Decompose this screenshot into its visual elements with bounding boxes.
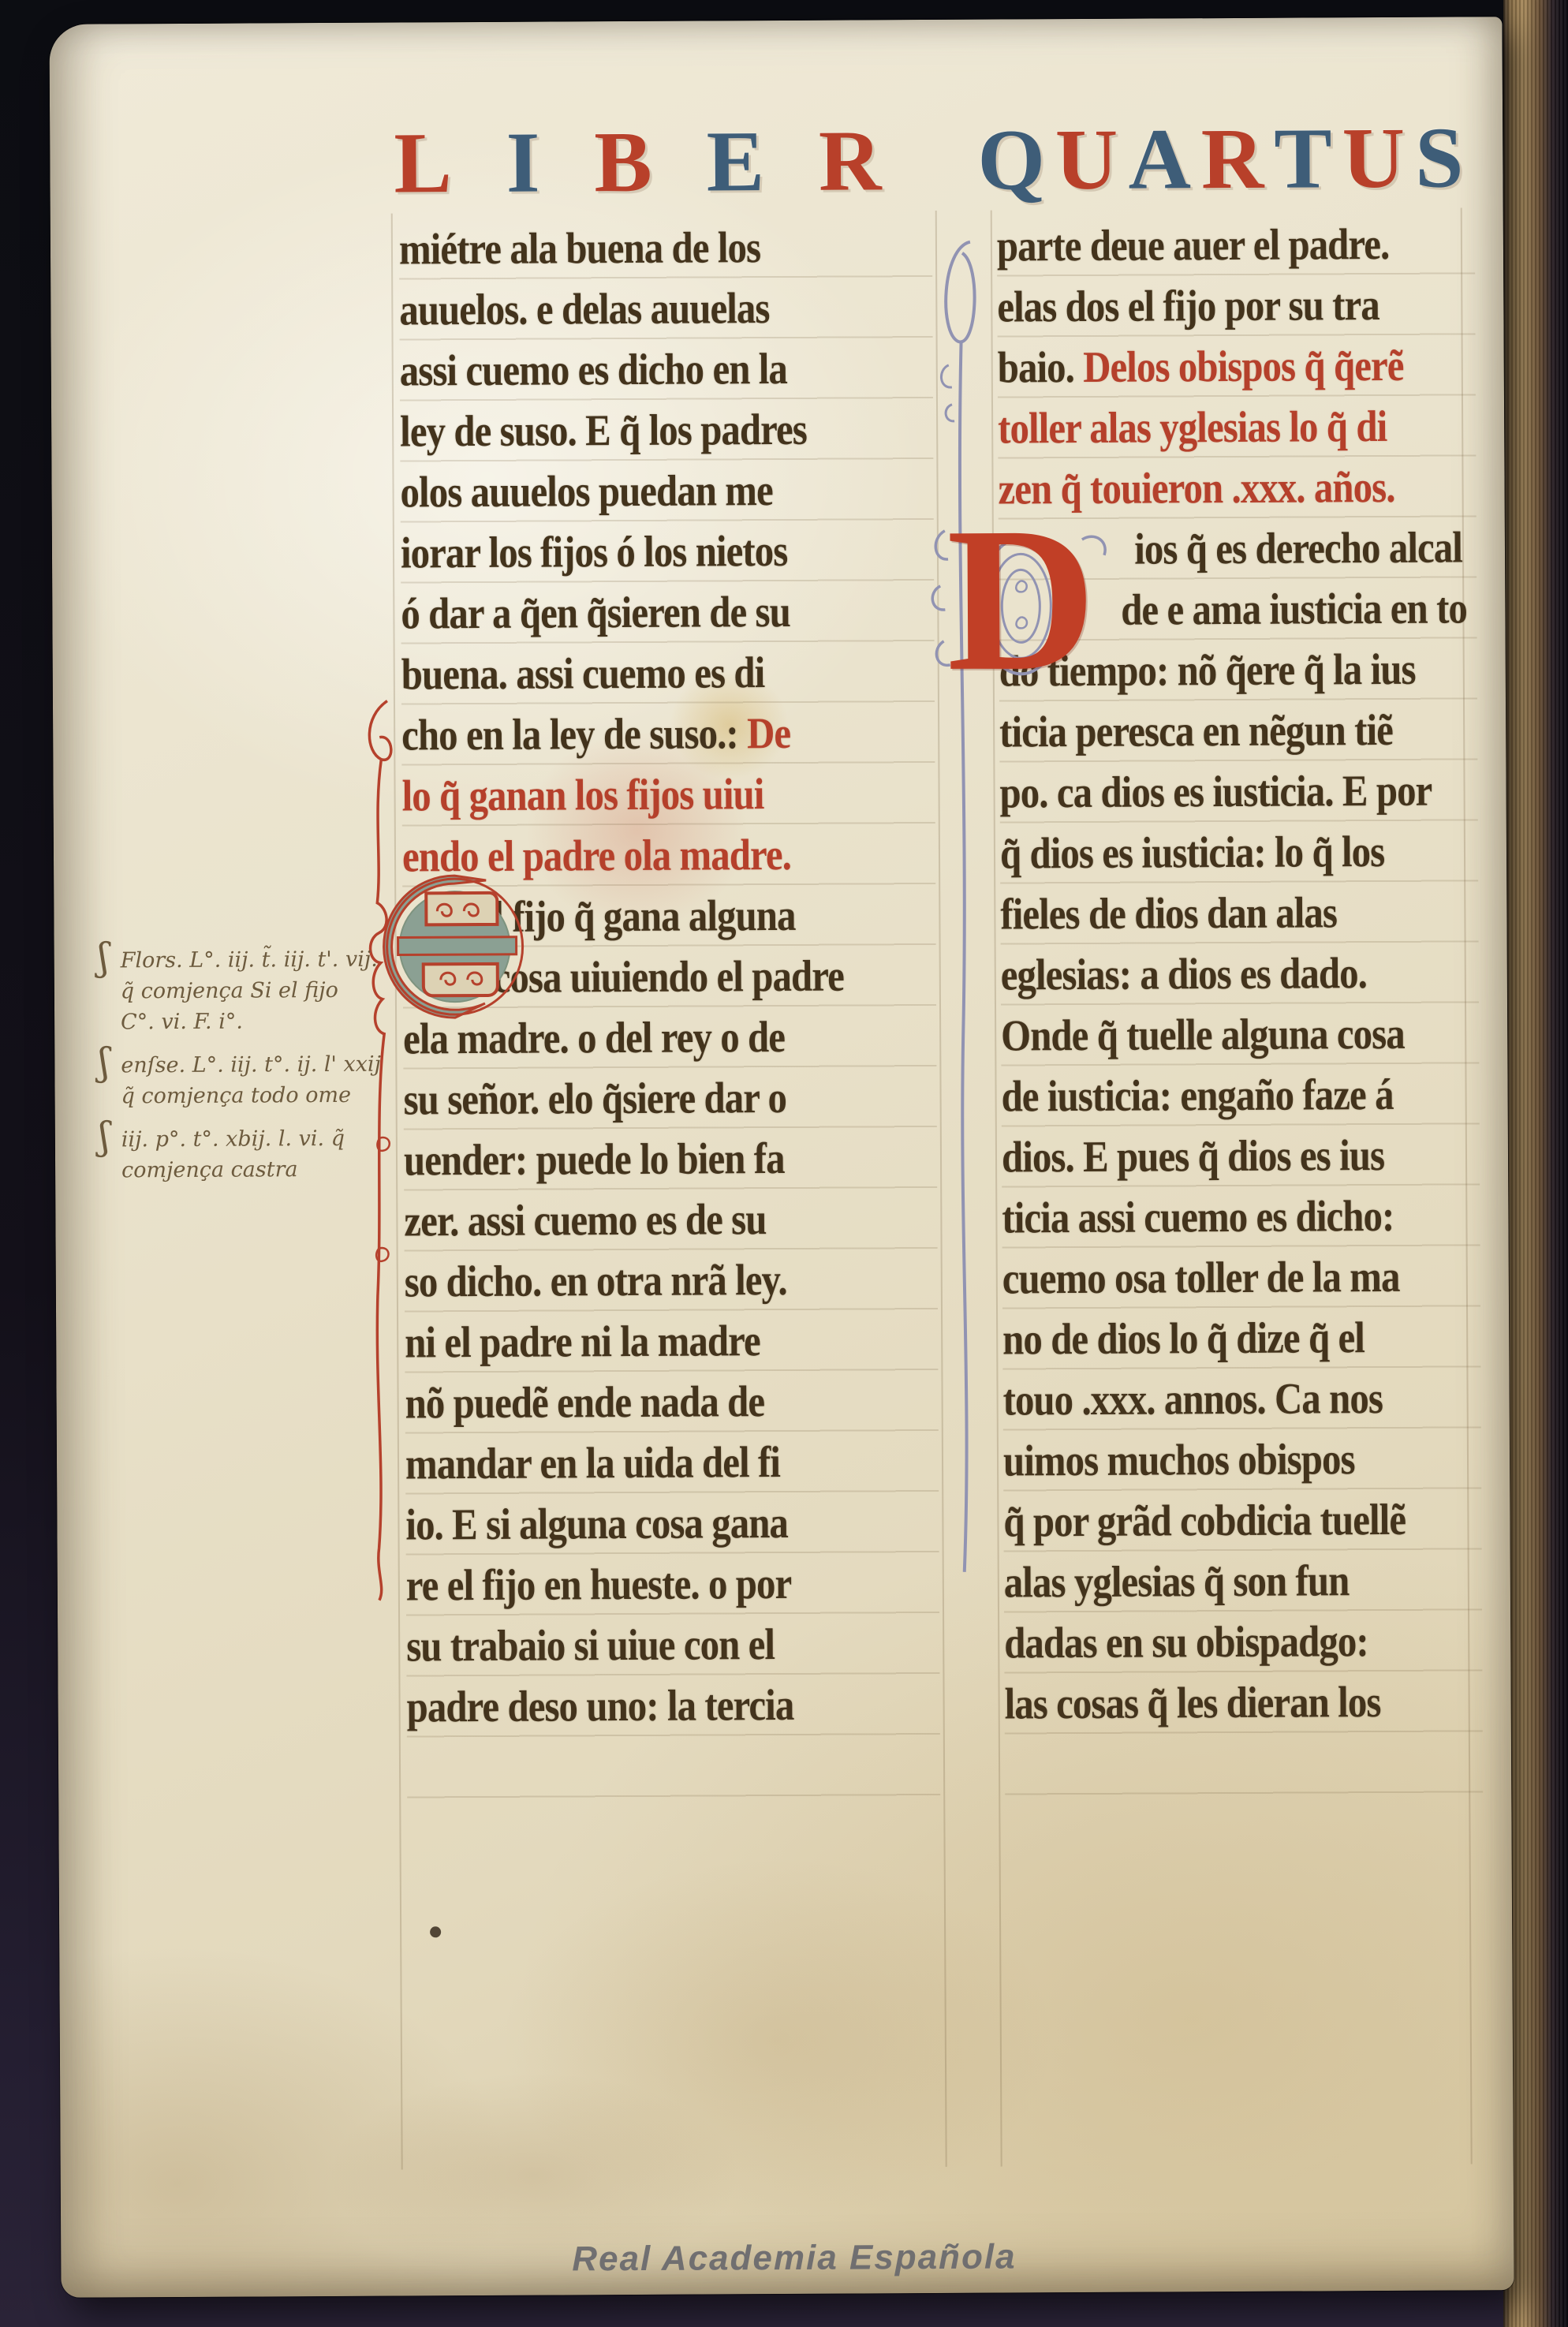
text-line: mandar en la uida del fi [405,1432,870,1495]
text-segment: po. ca dios es iusticia. E por [999,767,1432,818]
text-line: toller alas yglesias lo q̃ di [998,397,1414,460]
rubric-segment: toller alas yglesias lo q̃ di [998,402,1387,454]
book-page-stack-edge [1503,0,1568,2327]
text-line: fieles de dios dan alas [1000,883,1417,946]
header-letter: R [1201,111,1264,206]
text-line: dios. E pues q̃ dios es ius [1002,1126,1418,1189]
marginal-notes: ʃFlors. L°. iij. t̃. iij. t'. vij.q̃ com… [99,944,392,1199]
marginal-brace: ʃ [99,1047,109,1078]
running-title-liber: LIBER [394,113,882,216]
marginal-brace: ʃ [99,1121,110,1152]
text-line: lo q̃ ganan los fijos uiui [401,764,866,827]
text-segment: ley de suso. E q̃ los padres [400,405,807,457]
header-letter: U [1342,110,1405,205]
text-segment: ios q̃ es derecho alcal [1134,523,1462,573]
text-line: q̃ dios es iusticia: lo q̃ los [1000,822,1417,885]
text-segment: dadas en su obispadgo: [1004,1617,1368,1668]
running-title-quartus: QUARTUS [977,110,1464,213]
text-segment: de iusticia: engaño faze á [1001,1070,1393,1122]
text-segment: cho en la ley de suso.: [401,709,747,760]
text-segment: eglesias: a dios es dado. [1001,949,1367,999]
parchment-page: LIBER QUARTUS miétre ala buena de losauu… [49,17,1514,2298]
text-segment: buena. assi cuemo es di [401,648,765,699]
text-line: cuemo osa toller de la ma [1002,1247,1419,1310]
text-line: alas yglesias q̃ son fun [1004,1551,1421,1614]
text-line: elas dos el fijo por su tra [997,275,1413,338]
text-column-left: miétre ala buena de losauuelos. e delas … [399,217,941,1853]
text-line: auuelos. e delas auuelas [399,278,864,341]
text-line: ticia assi cuemo es dicho: [1002,1186,1418,1249]
text-segment: de e ama iusticia en to [1121,584,1467,634]
text-line: dadas en su obispadgo: [1004,1612,1421,1675]
text-segment: so dicho. en otra nrã ley. [405,1256,787,1307]
text-line: buena. assi cuemo es di [401,642,866,705]
library-watermark: Real Academia Española [572,2237,1017,2279]
text-line: so dicho. en otra nrã ley. [405,1249,869,1313]
header-letter: I [506,115,539,210]
text-segment: auuelos. e delas auuelas [399,284,769,334]
text-line: cho en la ley de suso.: De [401,703,866,766]
header-letter: R [819,113,882,207]
text-line: po. ca dios es iusticia. E por [999,761,1416,824]
text-segment: q̃ por grãd cobdicia tuellẽ [1003,1496,1406,1547]
text-segment: olos auuelos puedan me [400,466,773,517]
rubric-segment: Delos obispos q̃ q̃erẽ [1083,342,1404,392]
marginal-note: ʃiij. p°. t°. xbij. l. vi. q̃comjença ca… [99,1123,391,1186]
marginal-line: enſse. L°. iij. t°. ij. l' xxij [121,1049,390,1081]
text-line: padre deso uno: la tercia [406,1675,871,1738]
text-line: su señor. elo q̃siere dar o [403,1067,868,1130]
marginal-line: C°. vi. F. i°. [121,1006,390,1038]
text-segment: touo .xxx. annos. Ca nos [1002,1374,1383,1425]
rubric-segment: lo q̃ ganan los fijos uiui [401,770,763,820]
marginal-note: ʃenſse. L°. iij. t°. ij. l' xxijq̃ comje… [99,1049,390,1112]
header-letter: B [594,114,652,209]
text-segment: re el fijo en hueste. o por [406,1559,792,1611]
header-letter: A [1128,111,1191,206]
marginal-line: comjença castra [121,1154,391,1186]
text-segment: parte deue auer el padre. [997,220,1390,271]
initial-d-letter: D [946,484,1097,714]
text-line: ni el padre ni la madre [405,1310,869,1373]
marginal-line: q̃ comjença todo ome [121,1080,390,1112]
text-segment: las cosas q̃ les dieran los [1004,1678,1380,1728]
text-segment: io. E si alguna cosa gana [405,1499,788,1550]
text-line: no de dios lo q̃ dize q̃ el [1002,1308,1419,1371]
text-segment: q̃ dios es iusticia: lo q̃ los [1000,827,1385,879]
illuminated-initial-d: D [924,499,1115,728]
text-segment: su trabaio si uiue con el [406,1620,775,1671]
text-segment: mandar en la uida del fi [405,1438,780,1488]
text-line: baio. Delos obispos q̃ q̃erẽ [998,336,1414,399]
text-segment: su señor. elo q̃siere dar o [403,1074,786,1125]
rubric-segment: De [747,709,790,758]
text-segment: baio. [998,343,1084,393]
text-line: q̃ por grãd cobdicia tuellẽ [1003,1490,1420,1553]
text-segment: miétre ala buena de los [399,223,760,274]
text-segment: ni el padre ni la madre [405,1317,760,1367]
marginal-brace: ʃ [99,942,109,973]
text-segment: cuemo osa toller de la ma [1002,1253,1400,1304]
text-line: parte deue auer el padre. [997,215,1413,278]
text-segment: iorar los fijos ó los nietos [401,527,788,578]
marginal-line: iij. p°. t°. xbij. l. vi. q̃ [121,1123,391,1156]
illuminated-initial-e [375,868,550,1026]
text-line: las cosas q̃ les dieran los [1004,1672,1421,1735]
marginal-line: q̃ comjença Si el fijo [121,975,390,1007]
text-segment: alas yglesias q̃ son fun [1004,1556,1350,1607]
text-line: ó dar a q̃en q̃sieren de su [401,581,865,644]
header-letter: E [706,114,764,208]
text-line: miétre ala buena de los [399,217,864,280]
text-segment: dios. E pues q̃ dios es ius [1002,1131,1384,1182]
text-column-right: parte deue auer el padre.elas dos el fij… [997,214,1484,1849]
text-line: io. E si alguna cosa gana [405,1492,870,1556]
header-letter: L [394,115,452,210]
text-line: ley de suso. E q̃ los padres [400,399,864,462]
text-line: iorar los fijos ó los nietos [401,521,865,584]
ink-speck [430,1926,441,1937]
marginal-line: Flors. L°. iij. t̃. iij. t'. vij. [121,944,390,977]
text-segment: fieles de dios dan alas [1000,888,1337,939]
text-segment: Onde q̃ tuelle alguna cosa [1001,1010,1405,1061]
text-line: uimos muchos obispos [1003,1429,1420,1492]
text-segment: padre deso uno: la tercia [406,1681,793,1732]
text-line: re el fijo en hueste. o por [406,1553,871,1616]
text-segment: assi cuemo es dicho en la [400,345,787,396]
text-line: eglesias: a dios es dado. [1001,943,1417,1007]
text-line: assi cuemo es dicho en la [400,338,864,402]
text-line: uender: puede lo bien fa [404,1128,868,1191]
text-line: zer. assi cuemo es de su [404,1189,868,1252]
text-segment: ó dar a q̃en q̃sieren de su [401,588,790,639]
text-segment: zer. assi cuemo es de su [404,1195,766,1246]
text-line: touo .xxx. annos. Ca nos [1002,1369,1419,1432]
text-segment: elas dos el fijo por su tra [997,281,1379,332]
initial-e-artwork [375,868,550,1026]
text-line: de iusticia: engaño faze á [1001,1065,1417,1128]
text-segment: nõ puedẽ ende nada de [405,1377,764,1428]
text-segment: uimos muchos obispos [1003,1435,1355,1485]
text-line: olos auuelos puedan me [400,460,864,523]
text-segment: uender: puede lo bien fa [404,1134,785,1186]
text-line: Onde q̃ tuelle alguna cosa [1001,1004,1417,1067]
header-letter: Q [977,112,1045,207]
text-segment: no de dios lo q̃ dize q̃ el [1002,1313,1365,1364]
header-letter: T [1274,110,1332,205]
text-line: nõ puedẽ ende nada de [405,1371,869,1434]
marginal-note: ʃFlors. L°. iij. t̃. iij. t'. vij.q̃ com… [99,944,391,1038]
text-line: su trabaio si uiue con el [406,1614,871,1677]
header-letter: U [1055,112,1118,207]
manuscript-photo: LIBER QUARTUS miétre ala buena de losauu… [0,0,1568,2327]
blue-pen-flourish [932,231,1002,1588]
header-letter: S [1415,110,1464,204]
text-segment: ticia assi cuemo es dicho: [1002,1192,1394,1243]
parchment-stain [501,1857,1055,2223]
